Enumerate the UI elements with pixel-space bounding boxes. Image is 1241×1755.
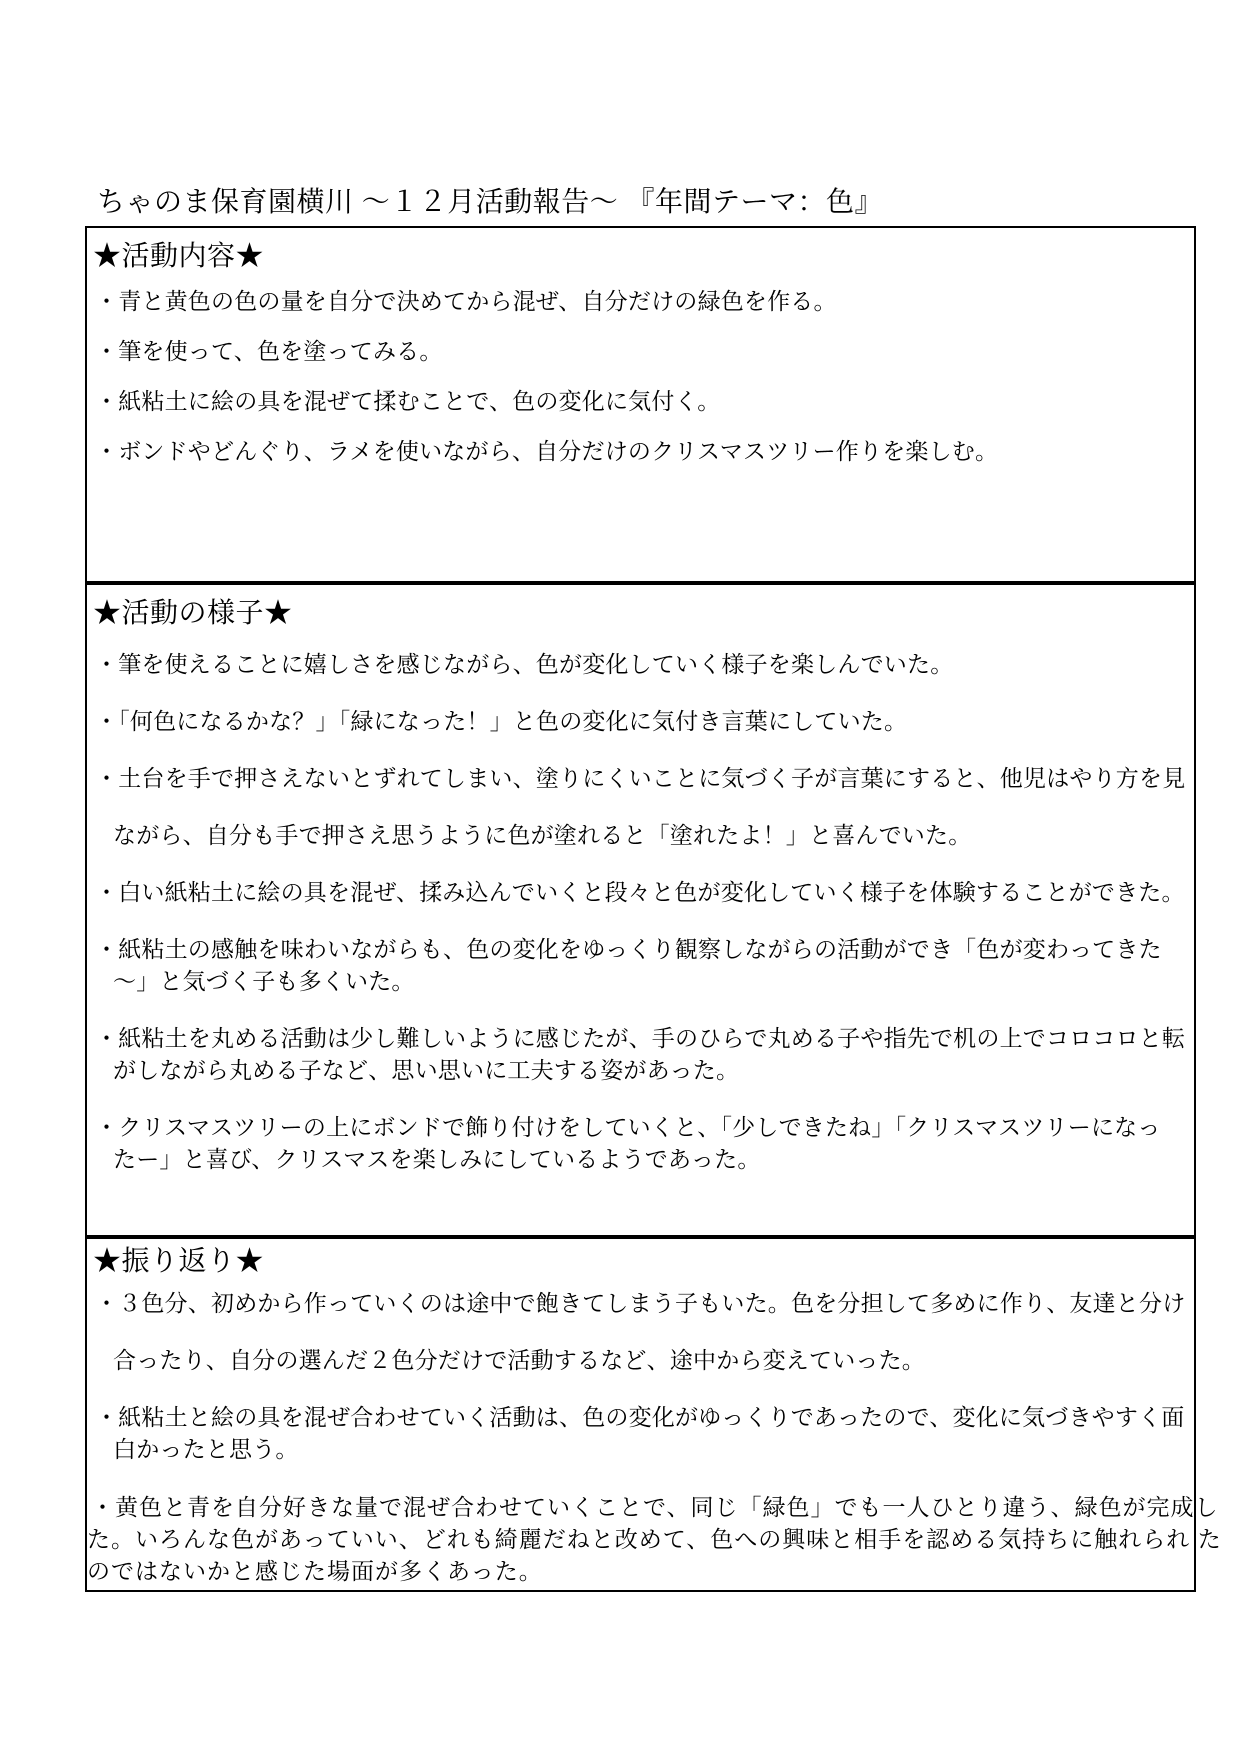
report-page: ちゃのま保育園横川 〜１２月活動報告〜 『年間テーマ：色』 ★活動内容★ ・青と… [0, 0, 1241, 1755]
report-item: ・紙粘土と絵の具を混ぜ合わせていく活動は、色の変化がゆっくりであったので、変化に… [87, 1401, 1194, 1465]
report-item: ながら、自分も手で押さえ思うように色が塗れると「塗れたよ！」と喜んでいた。 [87, 819, 1194, 851]
report-line: 合ったり、自分の選んだ２色分だけで活動するなど、途中から変えていった。 [87, 1344, 1194, 1376]
report-line: ・紙粘土の感触を味わいながらも、色の変化をゆっくり観察しながらの活動ができ「色が… [87, 933, 1194, 965]
report-line: ・紙粘土に絵の具を混ぜて揉むことで、色の変化に気付く。 [87, 385, 1194, 417]
report-item: ・筆を使って、色を塗ってみる。 [87, 335, 1194, 367]
section-header-reflection: ★振り返り★ [87, 1239, 1194, 1279]
report-line: 〜」と気づく子も多くいた。 [87, 965, 1194, 997]
section-items-reflection: ・３色分、初めから作っていくのは途中で飽きてしまう子もいた。色を分担して多めに作… [87, 1287, 1194, 1587]
report-item: ・クリスマスツリーの上にボンドで飾り付けをしていくと、「少しできたね」「クリスマ… [87, 1111, 1194, 1175]
page-title: ちゃのま保育園横川 〜１２月活動報告〜 『年間テーマ：色』 [97, 184, 883, 220]
report-item: ・紙粘土を丸める活動は少し難しいように感じたが、手のひらで丸める子や指先で机の上… [87, 1022, 1194, 1086]
report-line: ・「何色になるかな？」「緑になった！」と色の変化に気付き言葉にしていた。 [87, 705, 1194, 737]
report-line: ・３色分、初めから作っていくのは途中で飽きてしまう子もいた。色を分担して多めに作… [87, 1287, 1194, 1319]
report-line: ながら、自分も手で押さえ思うように色が塗れると「塗れたよ！」と喜んでいた。 [87, 819, 1194, 851]
report-item: ・白い紙粘土に絵の具を混ぜ、揉み込んでいくと段々と色が変化していく様子を体験する… [87, 876, 1194, 908]
report-line: ・黄色と青を自分好きな量で混ぜ合わせていくことで、同じ「緑色」でも一人ひとり違う… [87, 1491, 1194, 1523]
report-line: た。いろんな色があっていい、どれも綺麗だねと改めて、色への興味と相手を認める気持… [87, 1523, 1194, 1555]
report-item: ・３色分、初めから作っていくのは途中で飽きてしまう子もいた。色を分担して多めに作… [87, 1287, 1194, 1319]
section-header-activity-observations: ★活動の様子★ [87, 585, 1194, 631]
section-items-activity-observations: ・筆を使えることに嬉しさを感じながら、色が変化していく様子を楽しんでいた。・「何… [87, 648, 1194, 1175]
report-line: 白かったと思う。 [87, 1433, 1194, 1465]
report-item: ・黄色と青を自分好きな量で混ぜ合わせていくことで、同じ「緑色」でも一人ひとり違う… [87, 1491, 1194, 1587]
report-item: ・ボンドやどんぐり、ラメを使いながら、自分だけのクリスマスツリー作りを楽しむ。 [87, 435, 1194, 467]
report-line: ・筆を使えることに嬉しさを感じながら、色が変化していく様子を楽しんでいた。 [87, 648, 1194, 680]
section-activity-observations: ★活動の様子★ ・筆を使えることに嬉しさを感じながら、色が変化していく様子を楽し… [85, 583, 1196, 1237]
report-item: ・紙粘土に絵の具を混ぜて揉むことで、色の変化に気付く。 [87, 385, 1194, 417]
report-item: ・土台を手で押さえないとずれてしまい、塗りにくいことに気づく子が言葉にすると、他… [87, 762, 1194, 794]
report-item: 合ったり、自分の選んだ２色分だけで活動するなど、途中から変えていった。 [87, 1344, 1194, 1376]
report-line: たー」と喜び、クリスマスを楽しみにしているようであった。 [87, 1143, 1194, 1175]
report-item: ・青と黄色の色の量を自分で決めてから混ぜ、自分だけの緑色を作る。 [87, 285, 1194, 317]
report-item: ・「何色になるかな？」「緑になった！」と色の変化に気付き言葉にしていた。 [87, 705, 1194, 737]
section-header-activity-content: ★活動内容★ [87, 228, 1194, 274]
report-item: ・紙粘土の感触を味わいながらも、色の変化をゆっくり観察しながらの活動ができ「色が… [87, 933, 1194, 997]
report-line: ・紙粘土と絵の具を混ぜ合わせていく活動は、色の変化がゆっくりであったので、変化に… [87, 1401, 1194, 1433]
report-line: ・ボンドやどんぐり、ラメを使いながら、自分だけのクリスマスツリー作りを楽しむ。 [87, 435, 1194, 467]
report-line: ・紙粘土を丸める活動は少し難しいように感じたが、手のひらで丸める子や指先で机の上… [87, 1022, 1194, 1054]
report-line: ・白い紙粘土に絵の具を混ぜ、揉み込んでいくと段々と色が変化していく様子を体験する… [87, 876, 1194, 908]
report-line: ・筆を使って、色を塗ってみる。 [87, 335, 1194, 367]
report-line: ・クリスマスツリーの上にボンドで飾り付けをしていくと、「少しできたね」「クリスマ… [87, 1111, 1194, 1143]
section-items-activity-content: ・青と黄色の色の量を自分で決めてから混ぜ、自分だけの緑色を作る。・筆を使って、色… [87, 285, 1194, 467]
report-line: のではないかと感じた場面が多くあった。 [87, 1555, 1194, 1587]
report-line: がしながら丸める子など、思い思いに工夫する姿があった。 [87, 1054, 1194, 1086]
report-line: ・土台を手で押さえないとずれてしまい、塗りにくいことに気づく子が言葉にすると、他… [87, 762, 1194, 794]
section-activity-content: ★活動内容★ ・青と黄色の色の量を自分で決めてから混ぜ、自分だけの緑色を作る。・… [85, 226, 1196, 583]
section-reflection: ★振り返り★ ・３色分、初めから作っていくのは途中で飽きてしまう子もいた。色を分… [85, 1237, 1196, 1592]
report-item: ・筆を使えることに嬉しさを感じながら、色が変化していく様子を楽しんでいた。 [87, 648, 1194, 680]
report-line: ・青と黄色の色の量を自分で決めてから混ぜ、自分だけの緑色を作る。 [87, 285, 1194, 317]
